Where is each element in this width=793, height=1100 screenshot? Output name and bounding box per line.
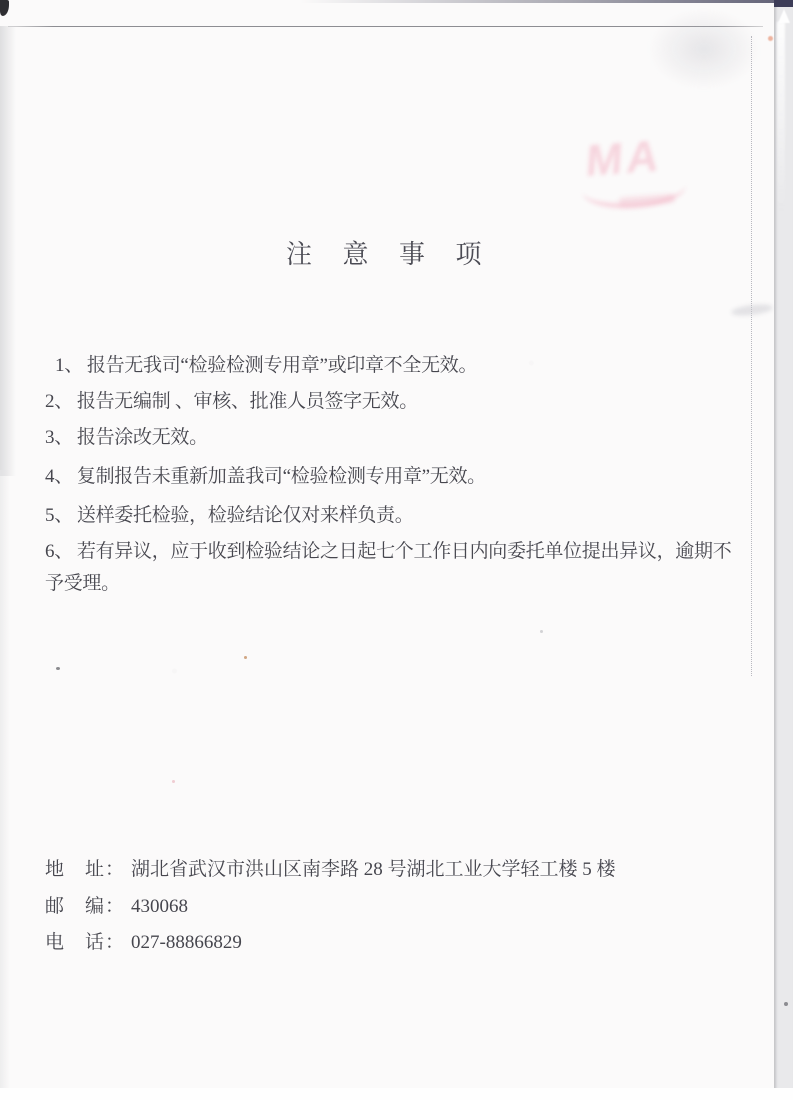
note-item-4: 4、复制报告未重新加盖我司“检验检测专用章”无效。 <box>45 465 757 489</box>
contact-postcode-row: 邮 编：430068 <box>45 895 188 919</box>
scanned-notice-page: AM 注 意 事 项 1、报告无我司“检验检测专用章”或印章不全无效。 2、报告… <box>0 0 793 1100</box>
note-text: 予受理。 <box>45 573 120 594</box>
note-number: 3、 <box>45 427 73 448</box>
note-number: 6、 <box>45 541 73 562</box>
note-text: 若有异议，应于收到检验结论之日起七个工作日内向委托单位提出异议，逾期不 <box>77 541 732 562</box>
scan-gray-smudge <box>731 302 774 317</box>
note-number: 2、 <box>45 391 73 412</box>
scan-right-light-streak <box>777 22 785 212</box>
scan-top-edge-shadow <box>300 0 793 3</box>
scan-corner-mark <box>0 0 9 16</box>
postcode-label: 邮 编： <box>45 896 125 917</box>
note-text: 报告无编制 、审核、批准人员签字无效。 <box>77 391 418 412</box>
note-text: 报告涂改无效。 <box>77 427 208 448</box>
phone-value: 027-88866829 <box>131 932 242 953</box>
note-number: 5、 <box>45 505 73 526</box>
note-text: 报告无我司“检验检测专用章”或印章不全无效。 <box>87 355 477 376</box>
address-value: 湖北省武汉市洪山区南李路 28 号湖北工业大学轻工楼 5 楼 <box>131 859 616 880</box>
contact-phone-row: 电 话：027-88866829 <box>45 931 242 955</box>
scan-right-edge-dark-cap <box>774 0 793 7</box>
contact-address-row: 地 址：湖北省武汉市洪山区南李路 28 号湖北工业大学轻工楼 5 楼 <box>45 858 616 882</box>
stamp-bleed-through: AM <box>572 126 708 220</box>
phone-label: 电 话： <box>45 932 125 953</box>
stamp-arc <box>581 165 688 212</box>
scan-speck <box>244 656 247 659</box>
note-item-6: 6、若有异议，应于收到检验结论之日起七个工作日内向委托单位提出异议，逾期不 <box>45 540 757 564</box>
scan-left-edge-shade-lower <box>0 470 10 1088</box>
note-text: 送样委托检验，检验结论仅对来样负责。 <box>77 505 414 526</box>
note-number: 4、 <box>45 466 73 487</box>
address-label: 地 址： <box>45 859 125 880</box>
note-text: 复制报告未重新加盖我司“检验检测专用章”无效。 <box>77 466 486 487</box>
note-item-3: 3、报告涂改无效。 <box>45 426 757 450</box>
scan-speck <box>540 630 543 633</box>
scan-bottom-strip <box>0 1088 793 1100</box>
postcode-value: 430068 <box>131 896 188 917</box>
note-item-6-wrap: 予受理。 <box>45 572 757 596</box>
scan-speck <box>768 36 773 41</box>
scan-speck <box>56 667 60 670</box>
scan-left-edge-shade <box>0 26 16 476</box>
stamp-subtext-blur <box>619 194 675 207</box>
note-number: 1、 <box>55 355 83 376</box>
note-item-1: 1、报告无我司“检验检测专用章”或印章不全无效。 <box>55 354 767 378</box>
scan-speck <box>784 1002 788 1006</box>
scan-gray-blotch <box>648 8 760 90</box>
stamp-letters: AM <box>581 135 660 185</box>
note-item-2: 2、报告无编制 、审核、批准人员签字无效。 <box>45 390 757 414</box>
note-item-5: 5、送样委托检验，检验结论仅对来样负责。 <box>45 504 757 528</box>
page-title: 注 意 事 项 <box>286 242 494 268</box>
up-arrow-ghost-icon <box>778 9 790 23</box>
scan-speck <box>172 780 175 783</box>
